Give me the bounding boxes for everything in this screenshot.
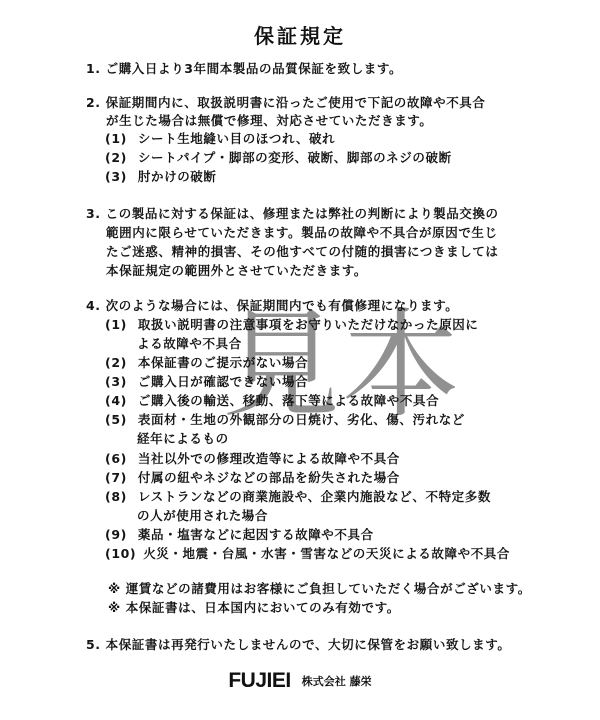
- item-number: (3): [105, 169, 127, 184]
- item-text: ご購入日が確認できない場合: [138, 374, 308, 389]
- section-4: 4. 次のような場合には、保証期間内でも有償修理になります。: [86, 297, 458, 315]
- footer: FUJIEI 株式会社 藤栄: [0, 669, 600, 693]
- list-item: (2) 本保証書のご提示がない場合: [105, 354, 308, 372]
- section-number: 1.: [86, 60, 101, 78]
- item-text: 肘かけの破断: [138, 169, 217, 184]
- item-text: 当社以外での修理改造等による故障や不具合: [138, 451, 400, 466]
- section-2: 2. 保証期間内に、取扱説明書に沿ったご使用で下記の故障や不具合: [86, 94, 486, 112]
- item-number: (8): [105, 489, 127, 504]
- brand-logo: FUJIEI: [228, 669, 290, 692]
- list-item: (6) 当社以外での修理改造等による故障や不具合: [105, 450, 400, 468]
- item-text: 本保証書のご提示がない場合: [138, 355, 308, 370]
- item-text: シートパイプ・脚部の変形、破断、脚部のネジの破断: [138, 150, 452, 165]
- list-item: (3) ご購入日が確認できない場合: [105, 373, 308, 391]
- item-number: (10): [105, 546, 136, 561]
- item-text: 火災・地震・台風・水害・雪害などの天災による故障や不具合: [143, 546, 510, 561]
- item-number: (4): [105, 393, 127, 408]
- item-text: ご購入後の輸送、移動、落下等による故障や不具合: [138, 393, 439, 408]
- item-number: (1): [105, 131, 127, 146]
- list-item: (5) 表面材・生地の外観部分の日焼け、劣化、傷、汚れなど: [105, 411, 465, 429]
- item-text: 付属の紐やネジなどの部品を紛失された場合: [138, 470, 400, 485]
- section-text: ご購入日より3年間本製品の品質保証を致します。: [106, 61, 403, 76]
- list-item: (1) 取扱い説明書の注意事項をお守りいただけなかった原因に: [105, 316, 479, 334]
- section-number: 2.: [86, 94, 101, 112]
- item-text-continued: の人が使用された場合: [137, 507, 268, 525]
- section-5: 5. 本保証書は再発行いたしませんので、大切に保管をお願い致します。: [86, 636, 510, 654]
- section-text: この製品に対する保証は、修理または弊社の判断により製品交換の: [106, 206, 499, 221]
- item-text: シート生地縫い目のほつれ、破れ: [138, 131, 335, 146]
- section-text: 本保証書は再発行いたしませんので、大切に保管をお願い致します。: [106, 637, 511, 652]
- section-number: 4.: [86, 297, 101, 315]
- document-title: 保証規定: [0, 20, 600, 49]
- item-number: (6): [105, 451, 127, 466]
- item-number: (7): [105, 470, 127, 485]
- item-text: 取扱い説明書の注意事項をお守りいただけなかった原因に: [138, 317, 479, 332]
- item-text-continued: よる故障や不具合: [137, 335, 242, 353]
- item-text: 表面材・生地の外観部分の日焼け、劣化、傷、汚れなど: [138, 412, 465, 427]
- section-text-continued: 本保証規定の範囲外とさせていただきます。: [106, 262, 367, 280]
- list-item: (2) シートパイプ・脚部の変形、破断、脚部のネジの破断: [105, 149, 452, 167]
- item-number: (9): [105, 527, 127, 542]
- section-1: 1. ご購入日より3年間本製品の品質保証を致します。: [86, 60, 402, 78]
- list-item: (3) 肘かけの破断: [105, 168, 217, 186]
- company-name: 株式会社 藤栄: [302, 675, 372, 688]
- list-item: (1) シート生地縫い目のほつれ、破れ: [105, 130, 335, 148]
- section-number: 3.: [86, 205, 101, 223]
- section-text-continued: 範囲内に限らせていただきます。製品の故障や不具合が原因で生じ: [106, 224, 498, 242]
- list-item: (8) レストランなどの商業施設や、企業内施設など、不特定多数: [105, 488, 491, 506]
- section-number: 5.: [86, 636, 101, 654]
- section-text-continued: が生じた場合は無償で修理、対応させていただきます。: [106, 112, 433, 130]
- item-number: (2): [105, 150, 127, 165]
- section-text: 保証期間内に、取扱説明書に沿ったご使用で下記の故障や不具合: [106, 95, 486, 110]
- item-number: (3): [105, 374, 127, 389]
- list-item: (4) ご購入後の輸送、移動、落下等による故障や不具合: [105, 392, 439, 410]
- section-text: 次のような場合には、保証期間内でも有償修理になります。: [106, 298, 459, 313]
- section-3: 3. この製品に対する保証は、修理または弊社の判断により製品交換の: [86, 205, 499, 223]
- item-number: (1): [105, 317, 127, 332]
- item-text-continued: 経年によるもの: [137, 430, 229, 448]
- item-text: レストランなどの商業施設や、企業内施設など、不特定多数: [138, 489, 491, 504]
- item-number: (2): [105, 355, 127, 370]
- item-text: 薬品・塩害などに起因する故障や不具合: [138, 527, 374, 542]
- list-item: (10) 火災・地震・台風・水害・雪害などの天災による故障や不具合: [105, 545, 510, 563]
- note: ※ 本保証書は、日本国内においてのみ有効です。: [108, 599, 400, 617]
- section-text-continued: たご迷惑、精神的損害、その他すべての付随的損害につきましては: [106, 243, 499, 261]
- list-item: (7) 付属の紐やネジなどの部品を紛失された場合: [105, 469, 400, 487]
- item-number: (5): [105, 412, 127, 427]
- note: ※ 運賃などの諸費用はお客様にご負担していただく場合がございます。: [108, 580, 531, 598]
- list-item: (9) 薬品・塩害などに起因する故障や不具合: [105, 526, 374, 544]
